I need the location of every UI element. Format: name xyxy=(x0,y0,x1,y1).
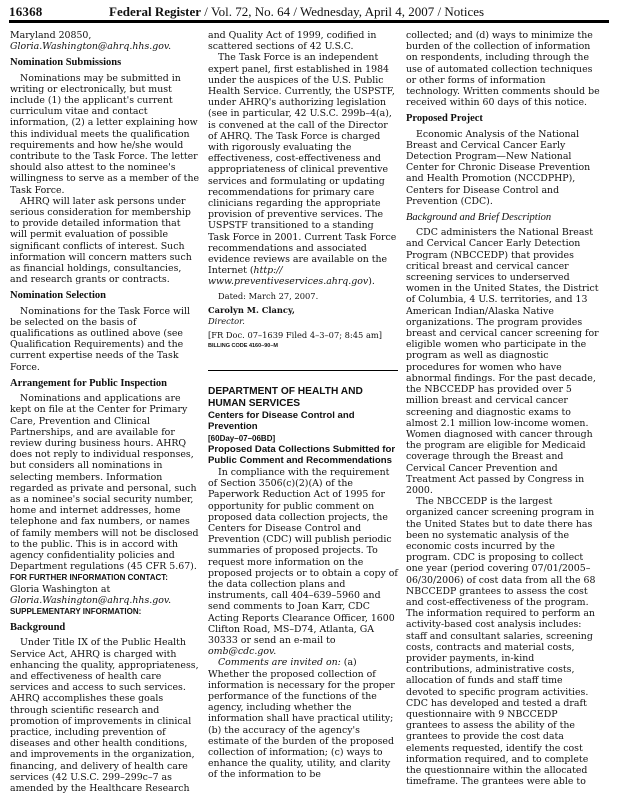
paragraph: Nominations for the Task Force will be s… xyxy=(10,306,200,373)
supplementary-info-label: SUPPLEMENTARY INFORMATION: xyxy=(10,606,200,617)
paragraph: Comments are invited on: (a) Whether the… xyxy=(208,657,398,780)
heading-public-inspection: Arrangement for Public Inspection xyxy=(10,378,200,389)
paragraph: Nominations may be submitted in writing … xyxy=(10,73,200,196)
paragraph: CDC administers the National Breast and … xyxy=(406,227,601,496)
billing-code: BILLING CODE 4160–90–M xyxy=(208,341,398,352)
email-link[interactable]: Gloria.Washington@ahrq.hhs.gov. xyxy=(10,595,200,606)
docket-number: [60Day–07–06BD] xyxy=(208,433,398,444)
paragraph: In compliance with the requirement of Se… xyxy=(208,467,398,657)
page-header: 16368 Federal Register / Vol. 72, No. 64… xyxy=(9,3,609,19)
heading-nomination-submissions: Nomination Submissions xyxy=(10,57,200,68)
column-left: Maryland 20850, Gloria.Washington@ahrq.h… xyxy=(10,30,200,794)
signer-title: Director. xyxy=(208,316,398,327)
comments-lead: Comments are invited on: xyxy=(218,657,341,668)
paragraph-text: ). xyxy=(368,276,375,287)
paragraph: collected; and (d) ways to minimize the … xyxy=(406,30,601,108)
paragraph-text: In compliance with the requirement of Se… xyxy=(208,467,398,646)
paragraph: and Quality Act of 1999, codified in sca… xyxy=(208,30,398,52)
contact-name: Gloria Washington at xyxy=(10,584,200,595)
subagency-name: Centers for Disease Control and Preventi… xyxy=(208,410,398,433)
paragraph-text: The Task Force is an independent expert … xyxy=(208,52,396,276)
column-right: collected; and (d) ways to minimize the … xyxy=(406,30,601,787)
heading-background-description: Background and Brief Description xyxy=(406,212,601,223)
further-info-label: FOR FURTHER INFORMATION CONTACT: xyxy=(10,572,200,583)
publication-name: Federal Register xyxy=(109,4,201,19)
paragraph: AHRQ will later ask persons under seriou… xyxy=(10,196,200,286)
running-title: Federal Register / Vol. 72, No. 64 / Wed… xyxy=(109,4,484,20)
paragraph-text: (a) Whether the proposed collection of i… xyxy=(208,657,395,780)
agency-name: DEPARTMENT OF HEALTH AND HUMAN SERVICES xyxy=(208,386,398,410)
section-name: Notices xyxy=(444,4,484,19)
paragraph: Nominations and applications are kept on… xyxy=(10,393,200,572)
paragraph: The NBCCEDP is the largest organized can… xyxy=(406,496,601,787)
signer-name: Carolyn M. Clancy, xyxy=(208,305,398,316)
paragraph: The Task Force is an independent expert … xyxy=(208,52,398,287)
fr-doc-line: [FR Doc. 07–1639 Filed 4–3–07; 8:45 am] xyxy=(208,330,398,341)
column-middle: and Quality Act of 1999, codified in sca… xyxy=(208,30,398,781)
dated-line: Dated: March 27, 2007. xyxy=(208,291,398,302)
heading-proposed-project: Proposed Project xyxy=(406,113,601,124)
paragraph: Economic Analysis of the National Breast… xyxy=(406,129,601,207)
email-link[interactable]: Gloria.Washington@ahrq.hhs.gov. xyxy=(10,41,200,52)
heading-background: Background xyxy=(10,622,200,633)
paragraph: Under Title IX of the Public Health Serv… xyxy=(10,637,200,794)
header-rule xyxy=(9,20,609,23)
volume: Vol. 72, No. 64 xyxy=(211,4,290,19)
heading-nomination-selection: Nomination Selection xyxy=(10,290,200,301)
address-line: Maryland 20850, xyxy=(10,30,200,41)
email-link[interactable]: omb@cdc.gov. xyxy=(208,646,276,657)
page-number: 16368 xyxy=(9,4,43,20)
issue-date: Wednesday, April 4, 2007 xyxy=(300,4,434,19)
section-divider xyxy=(208,370,398,371)
document-title: Proposed Data Collections Submitted for … xyxy=(208,444,398,467)
